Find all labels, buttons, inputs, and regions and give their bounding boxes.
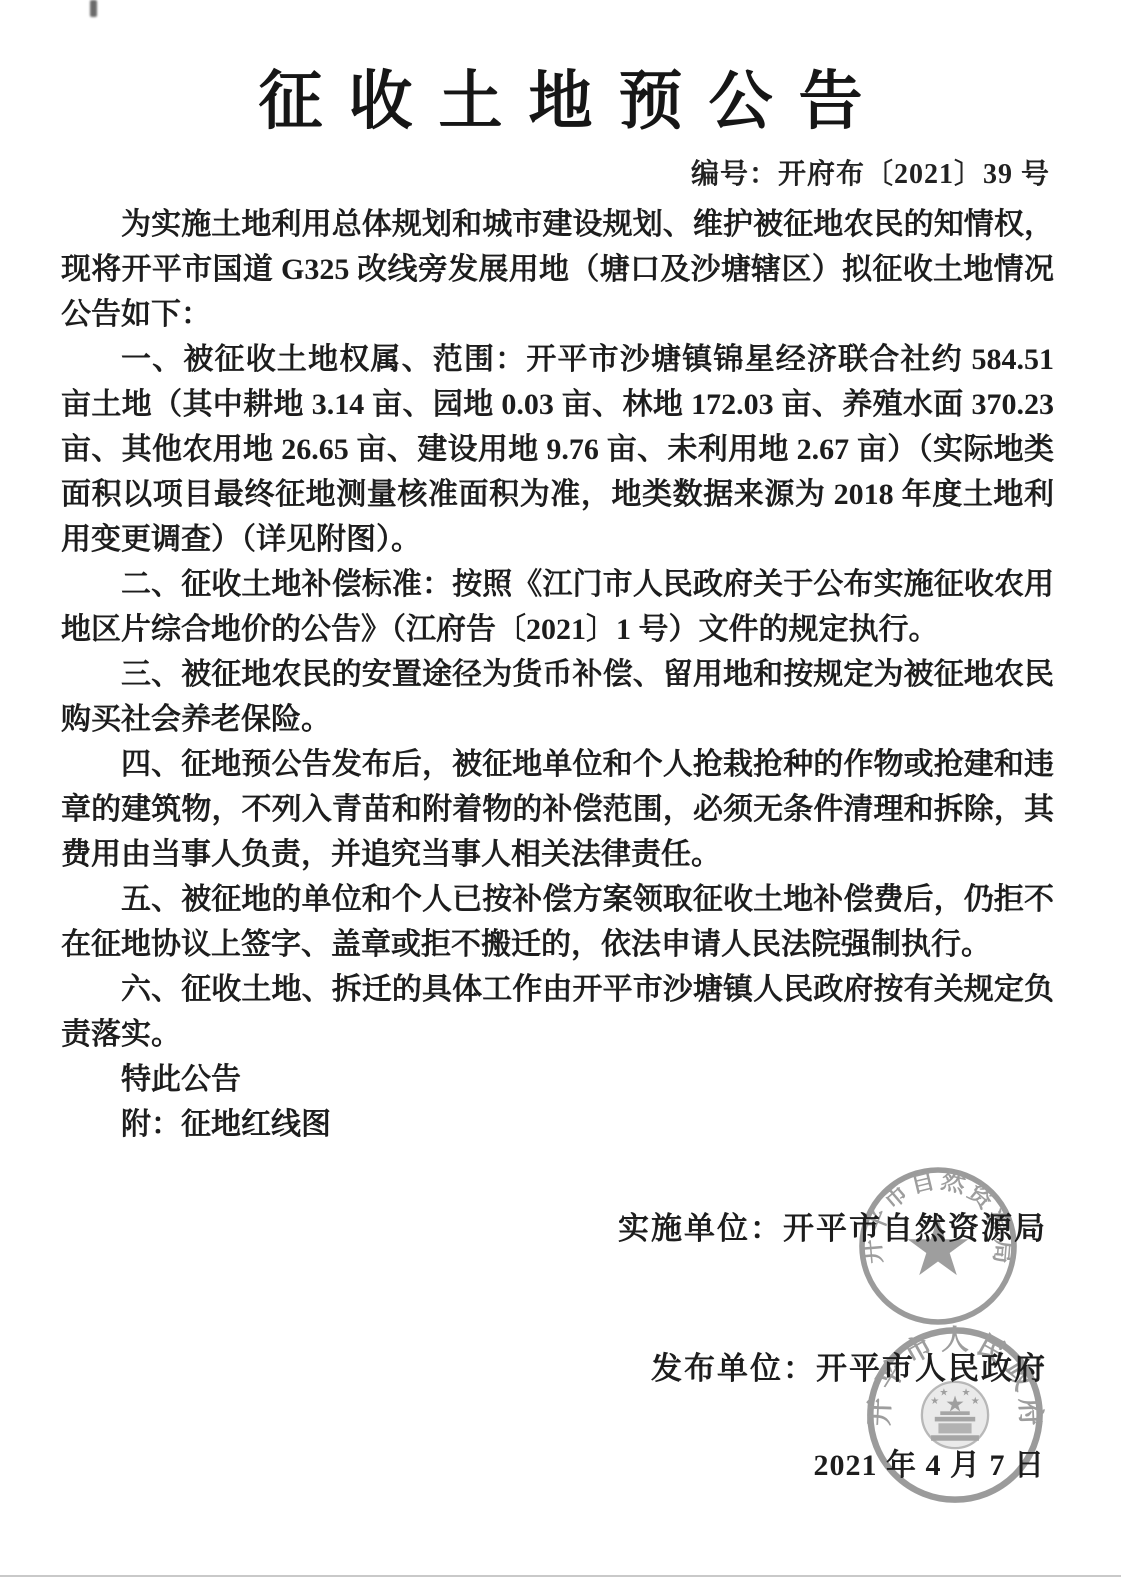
paragraph-item-3: 三、被征地农民的安置途径为货币补偿、留用地和按规定为被征地农民购买社会养老保险。 [61, 652, 1054, 742]
paragraph-closing: 特此公告 [61, 1057, 1054, 1102]
scan-page-edge-line [0, 1575, 1121, 1577]
paragraph-intro: 为实施土地利用总体规划和城市建设规划、维护被征地农民的知情权，现将开平市国道 G… [61, 202, 1054, 337]
document-date: 2021 年 4 月 7 日 [814, 1440, 1046, 1484]
document-page: 征收土地预公告 编号：开府布〔2021〕39 号 为实施土地利用总体规划和城市建… [0, 0, 1121, 1586]
paragraph-item-2: 二、征收土地补偿标准：按照《江门市人民政府关于公布实施征收农用地区片综合地价的公… [61, 562, 1054, 652]
publishing-unit-line: 发布单位：开平市人民政府 [651, 1343, 1047, 1388]
svg-text:★: ★ [962, 1388, 971, 1399]
svg-text:★: ★ [971, 1396, 980, 1407]
paragraph-attachment: 附：征地红线图 [61, 1102, 1054, 1147]
paragraph-item-4: 四、征地预公告发布后，被征地单位和个人抢栽抢种的作物或抢建和违章的建筑物，不列入… [61, 742, 1054, 877]
paragraph-item-6: 六、征收土地、拆迁的具体工作由开平市沙塘镇人民政府按有关规定负责落实。 [61, 967, 1054, 1057]
document-body: 为实施土地利用总体规划和城市建设规划、维护被征地农民的知情权，现将开平市国道 G… [61, 202, 1054, 1147]
svg-text:★: ★ [930, 1396, 939, 1407]
paragraph-item-1: 一、被征收土地权属、范围：开平市沙塘镇锦星经济联合社约 584.51 亩土地（其… [61, 337, 1054, 562]
scan-artifact-smudge [90, 0, 97, 17]
document-number: 编号：开府布〔2021〕39 号 [691, 152, 1050, 192]
paragraph-item-5: 五、被征地的单位和个人已按补偿方案领取征收土地补偿费后，仍拒不在征地协议上签字、… [61, 877, 1054, 967]
implementing-unit-line: 实施单位：开平市自然资源局 [618, 1203, 1047, 1248]
svg-text:★: ★ [939, 1388, 948, 1399]
page-title: 征收土地预公告 [0, 50, 1121, 142]
national-emblem-icon: ★ ★ ★ ★ ★ [922, 1382, 988, 1448]
